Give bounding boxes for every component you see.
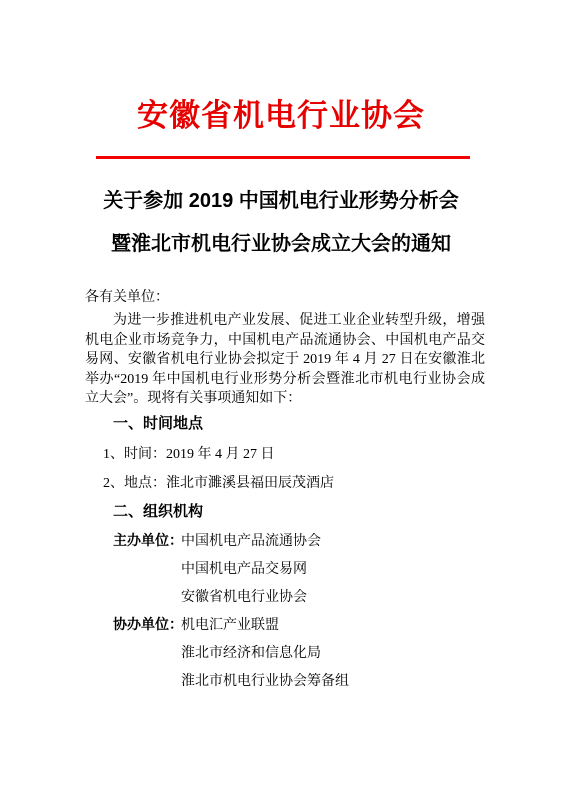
item-time: 1、时间：2019 年 4 月 27 日 [103, 443, 275, 463]
host-entry: 安徽省机电行业协会 [181, 584, 321, 612]
cohost-entry: 淮北市机电行业协会筹备组 [181, 668, 349, 696]
organization-title: 安徽省机电行业协会 [85, 90, 477, 135]
intro-paragraph: 为进一步推进机电产业发展、促进工业企业转型升级，增强机电企业市场竞争力，中国机电… [85, 311, 485, 409]
section-heading-organization: 二、组织机构 [113, 500, 203, 521]
document-title-line-2: 暨淮北市机电行业协会成立大会的通知 [75, 227, 487, 256]
host-entries: 中国机电产品流通协会 中国机电产品交易网 安徽省机电行业协会 [181, 528, 321, 612]
red-divider-line [96, 156, 470, 159]
host-entry: 中国机电产品交易网 [181, 556, 321, 584]
cohost-label: 协办单位： [113, 612, 181, 640]
document-title-line-1: 关于参加 2019 中国机电行业形势分析会 [75, 184, 487, 213]
cohost-entry: 淮北市经济和信息化局 [181, 640, 349, 668]
notice-document-page: 安徽省机电行业协会 关于参加 2019 中国机电行业形势分析会 暨淮北市机电行业… [0, 0, 565, 800]
section-heading-time-location: 一、时间地点 [113, 412, 203, 433]
cohost-row: 协办单位： 机电汇产业联盟 淮北市经济和信息化局 淮北市机电行业协会筹备组 [113, 612, 349, 696]
host-row: 主办单位： 中国机电产品流通协会 中国机电产品交易网 安徽省机电行业协会 [113, 528, 349, 612]
host-label: 主办单位： [113, 528, 181, 556]
item-location: 2、地点：淮北市濉溪县福田辰茂酒店 [103, 472, 334, 492]
organization-block: 主办单位： 中国机电产品流通协会 中国机电产品交易网 安徽省机电行业协会 协办单… [113, 528, 349, 696]
host-entry: 中国机电产品流通协会 [181, 528, 321, 556]
cohost-entry: 机电汇产业联盟 [181, 612, 349, 640]
salutation: 各有关单位： [85, 286, 169, 306]
cohost-entries: 机电汇产业联盟 淮北市经济和信息化局 淮北市机电行业协会筹备组 [181, 612, 349, 696]
